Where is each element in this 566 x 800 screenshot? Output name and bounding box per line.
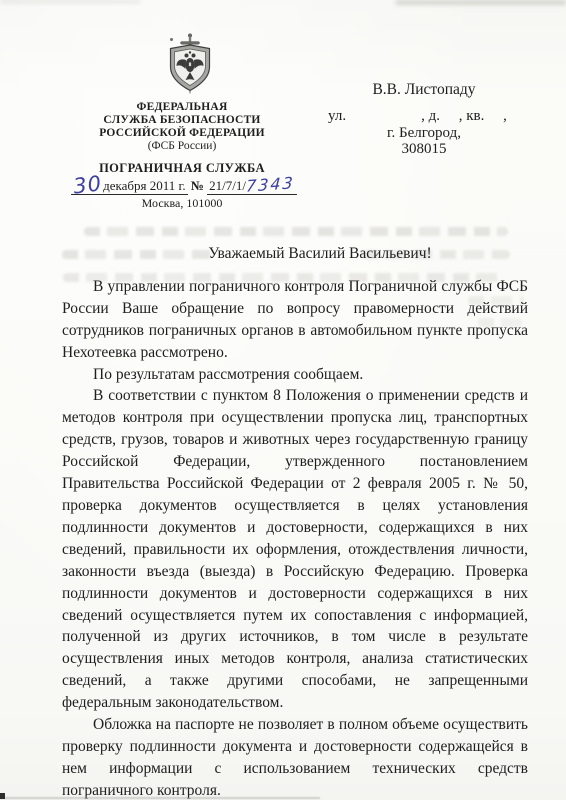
scan-speck [170,38,173,41]
paragraph-1: В управлении пограничного контроля Погра… [62,276,528,364]
scan-smudge [396,0,566,5]
paragraph-2: По результатам рассмотрения сообщаем. [62,364,528,386]
scan-corner-mark [0,793,5,799]
scan-edge-line [0,797,320,799]
addressee-name: В.В. Листопаду [328,82,520,98]
org-name-line: СЛУЖБА БЕЗОПАСНОСТИ [92,114,272,127]
outgoing-number-prefix: 21/7/1/ [209,178,246,193]
scanned-letter-page: ФЕДЕРАЛЬНАЯ СЛУЖБА БЕЗОПАСНОСТИ РОССИЙСК… [0,0,566,800]
addressee-postcode: 308015 [328,141,520,157]
org-name-line: ФЕДЕРАЛЬНАЯ [92,101,272,114]
bleed-through-artifact [84,227,508,236]
letterhead-org-block: ФЕДЕРАЛЬНАЯ СЛУЖБА БЕЗОПАСНОСТИ РОССИЙСК… [92,101,272,153]
paragraph-4: Обложка на паспорте не позволяет в полно… [62,714,528,800]
org-name-line: РОССИЙСКОЙ ФЕДЕРАЦИИ [92,127,272,140]
number-sign: № [191,178,204,193]
addressee-street-line: ул. , д. , кв. , [328,108,520,124]
date-underline: 30 декабря 2011 г. [71,178,187,195]
city-postcode-line: Москва, 101000 [92,196,272,211]
date-number-line: 30 декабря 2011 г. № 21/7/1/7343 [50,178,318,194]
org-abbreviation: (ФСБ России) [92,140,272,153]
addressee-city: г. Белгород, [328,125,520,141]
fsb-crest-icon [164,33,216,95]
handwritten-number: 7343 [246,178,295,191]
handwritten-day: 30 [73,178,103,191]
scan-smudge [0,0,140,3]
salutation: Уважаемый Василий Васильевич! [62,243,528,265]
addressee-block: В.В. Листопаду ул. , д. , кв. , г. Белго… [328,82,520,157]
letter-body: Уважаемый Василий Васильевич! В управлен… [62,243,528,800]
date-month-year: декабря 2011 г. [103,178,186,193]
number-underline: 21/7/1/7343 [207,178,297,195]
paragraph-3: В соответствии с пунктом 8 Положения о п… [62,385,528,714]
